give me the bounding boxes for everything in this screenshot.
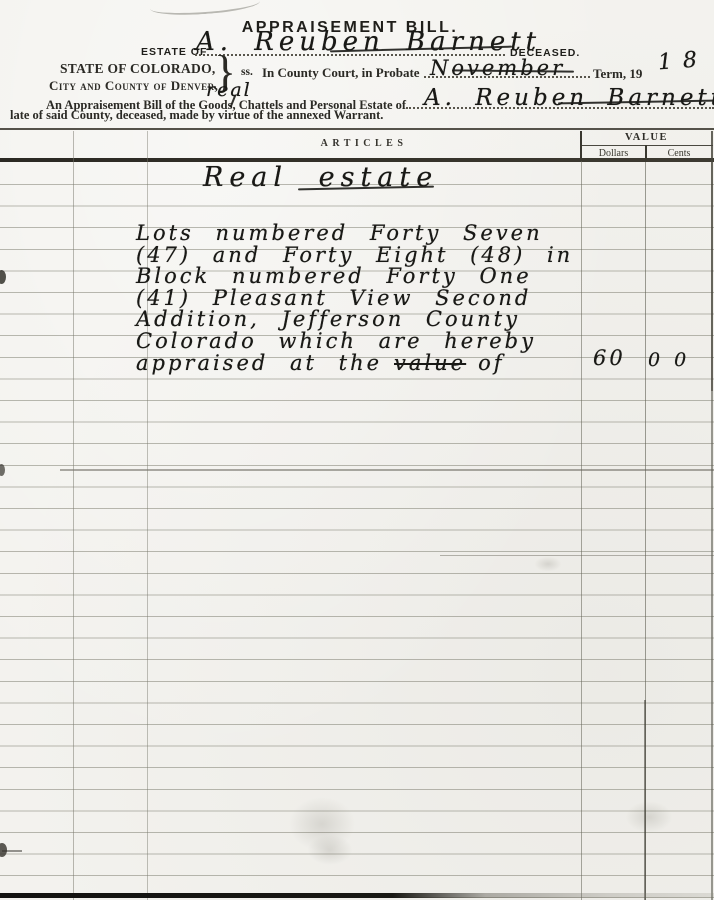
- court-line: In County Court, in Probate: [262, 65, 420, 81]
- header-top-rule: [0, 128, 714, 130]
- scan-artifact: [150, 0, 261, 18]
- real-insert-handwritten: real: [206, 79, 252, 101]
- state-line-2: City and County of Denver,: [49, 78, 218, 94]
- state-line-1: STATE OF COLORADO,: [60, 61, 216, 77]
- entry-final-after: of: [478, 351, 504, 375]
- ss-label: ss.: [241, 66, 253, 78]
- entry-line: Colorado which are hereby: [136, 331, 586, 353]
- amount-cents: 00: [648, 349, 700, 371]
- entry-paragraph: Lots numbered Forty Seven (47) and Forty…: [136, 223, 586, 374]
- month-handwritten: November: [430, 56, 565, 80]
- bottom-heavy-rule: [0, 893, 714, 898]
- column-line-left-1: [73, 131, 74, 900]
- value-struck-word: value: [394, 351, 466, 375]
- amount-dollars: 60: [593, 346, 626, 370]
- column-line-right-dark-top: [711, 131, 713, 391]
- entry-final-line: appraised at thevalueof: [136, 353, 586, 375]
- entry-line: Addition, Jefferson County: [136, 309, 586, 331]
- value-header: VALUE: [581, 132, 712, 143]
- entry-line: Block numbered Forty One: [136, 266, 586, 288]
- scanned-document-page: APPRAISEMENT BILL. ESTATE OF A. Reuben B…: [0, 0, 714, 900]
- scan-artifact: [300, 830, 360, 870]
- darker-rule-segment: [440, 555, 714, 556]
- entry-final-before: appraised at the: [136, 351, 382, 375]
- articles-header: ARTICLES: [147, 138, 581, 149]
- intro-name-handwritten: A. Reuben Barnett: [424, 85, 714, 111]
- column-line-value-header-segment: [580, 131, 582, 161]
- year-handwritten: 1 8: [657, 48, 700, 76]
- scan-artifact: [530, 554, 566, 574]
- intro-line-2: late of said County, deceased, made by v…: [10, 108, 383, 123]
- darker-rule-line: [60, 469, 714, 471]
- estate-name-handwritten: A. Reuben Barnett: [196, 27, 541, 57]
- value-header-underline: [581, 145, 713, 146]
- entry-line: (41) Pleasant View Second: [136, 288, 586, 310]
- scan-artifact: [2, 850, 22, 852]
- scan-artifact: [618, 796, 680, 838]
- entry-line: Lots numbered Forty Seven: [136, 223, 586, 245]
- term-label: Term, 19: [593, 66, 642, 82]
- column-line-cents-header-segment: [645, 145, 647, 162]
- entry-line: (47) and Forty Eight (48) in: [136, 245, 586, 267]
